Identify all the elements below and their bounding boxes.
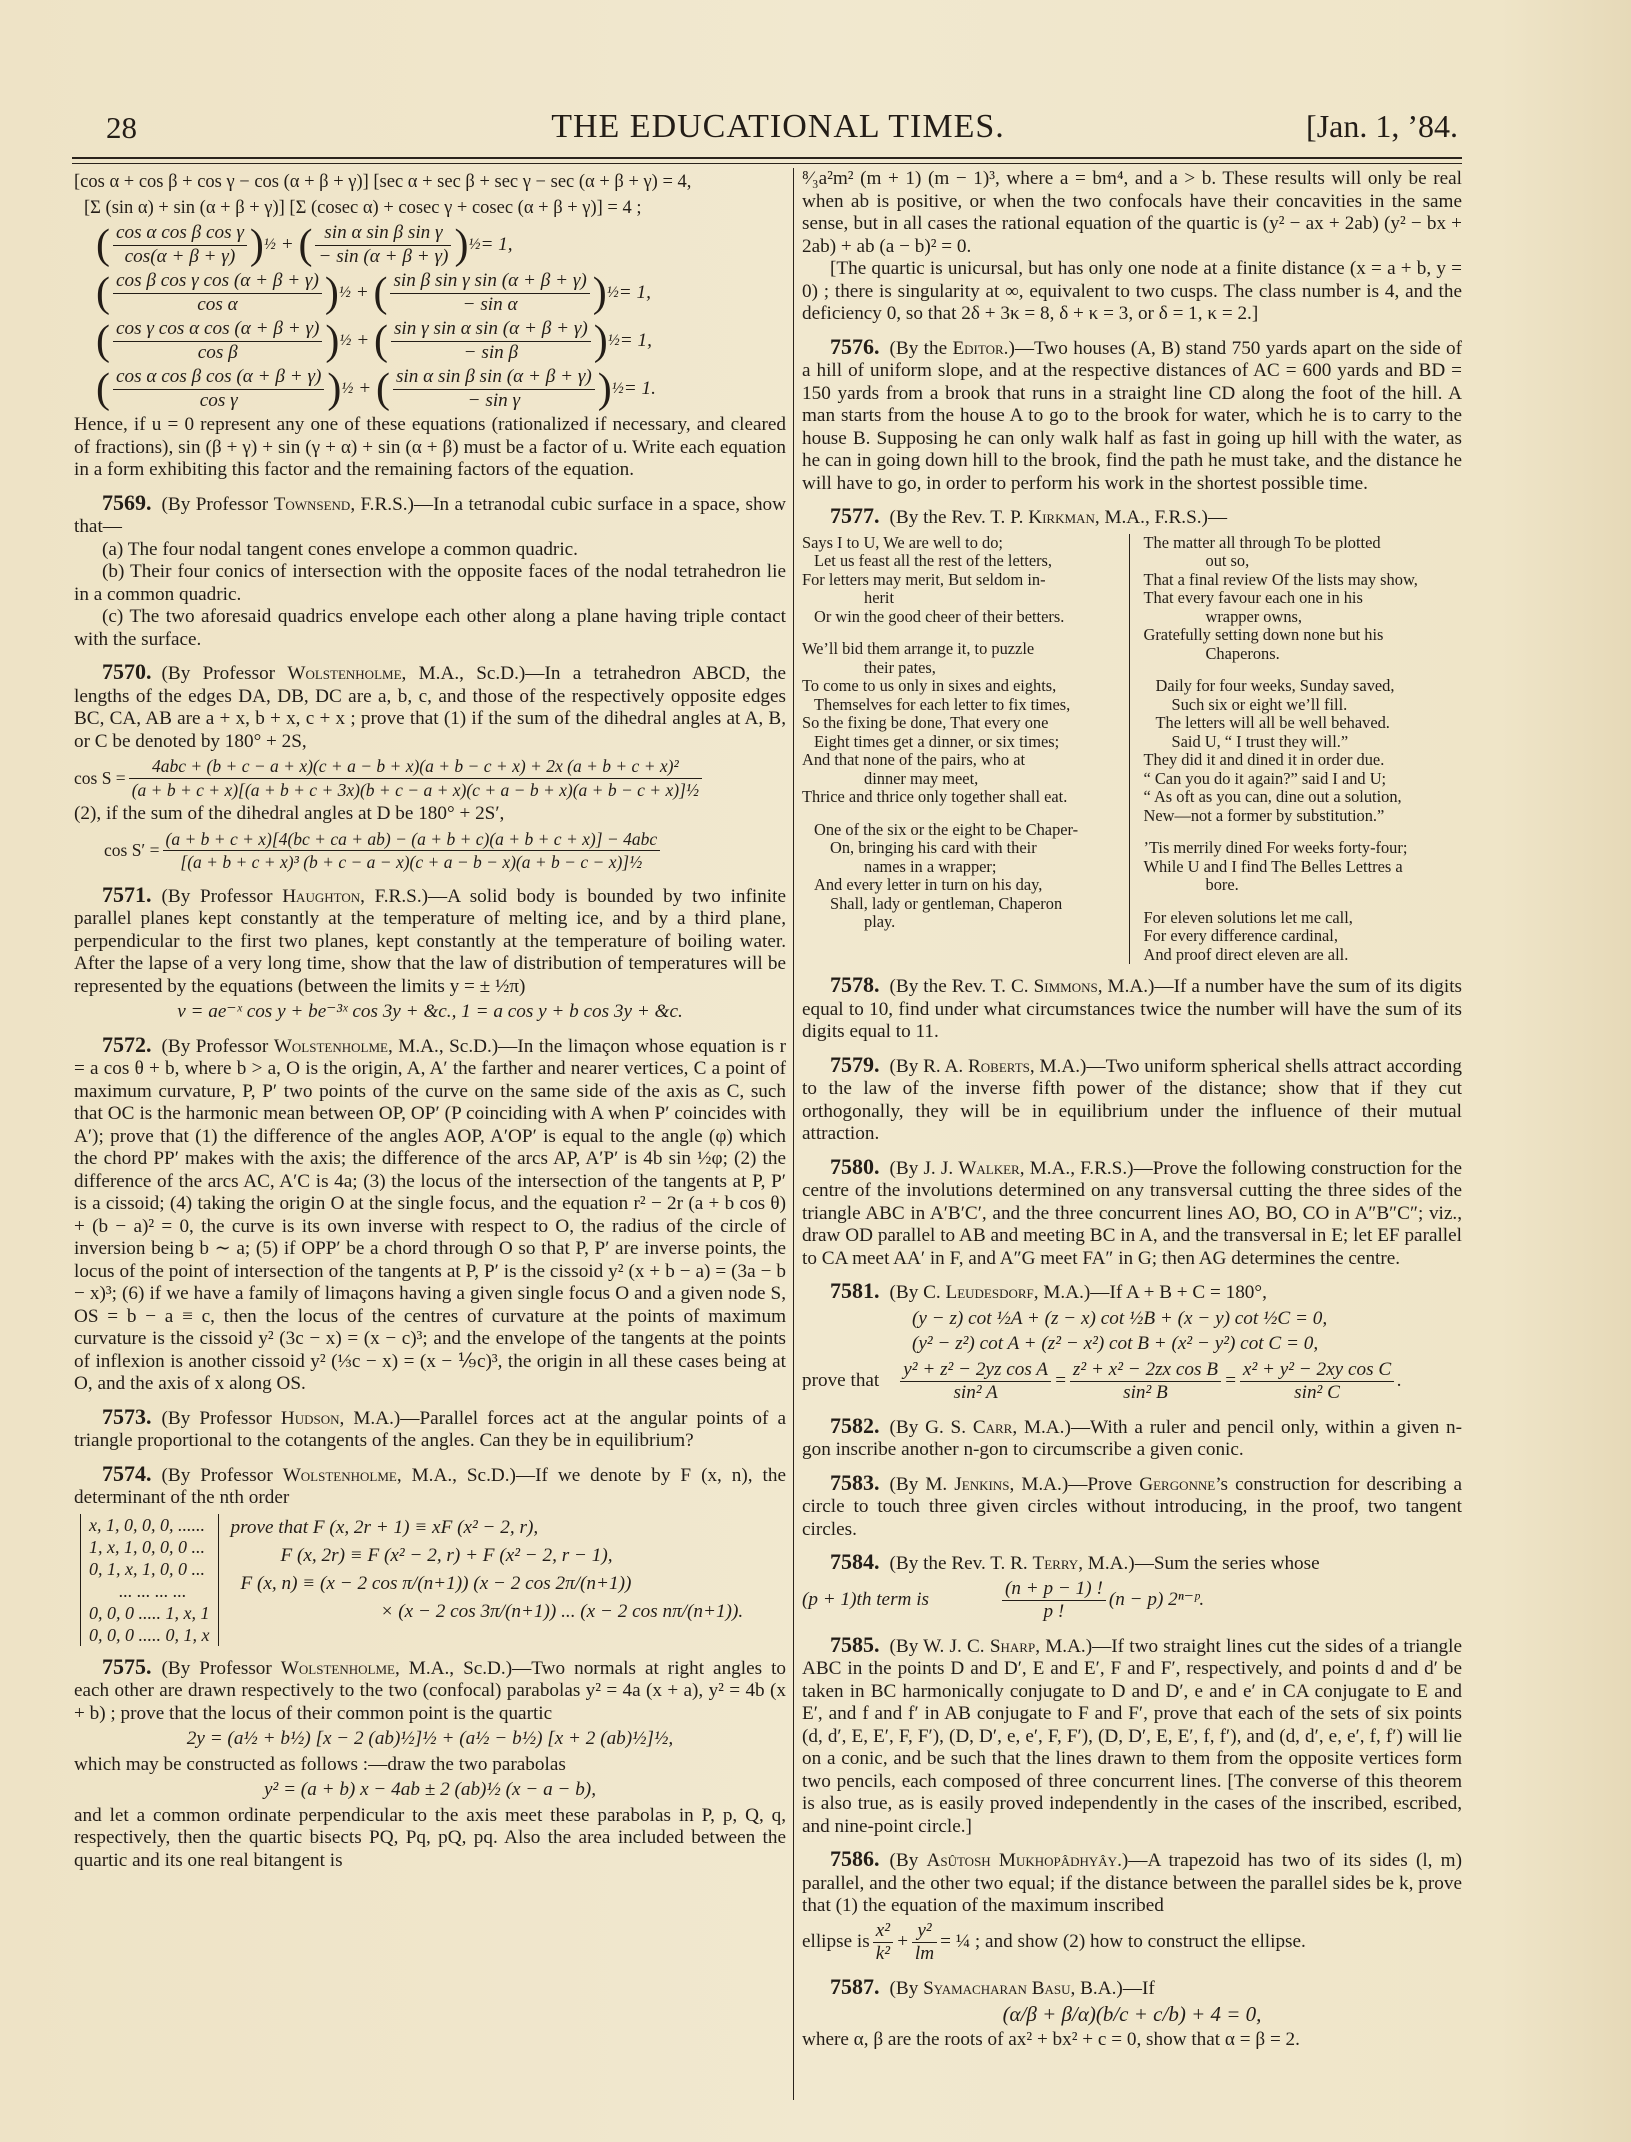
- poem-line: Thrice and thrice only together shall ea…: [802, 788, 1121, 807]
- poem-line: “ As oft as you can, dine out a solution…: [1144, 788, 1463, 807]
- problem-7572: 7572.(By Professor Wolstenholme, M.A., S…: [74, 1034, 786, 1396]
- poem-line: Chaperons.: [1144, 645, 1463, 664]
- poem-line: Let us feast all the rest of the letters…: [802, 552, 1121, 571]
- poem-line: And that none of the pairs, who at: [802, 751, 1121, 770]
- fraction-equation: (cos γ cos α cos (α + β + γ)cos β)½ + (s…: [96, 318, 786, 364]
- poem-line: And every letter in turn on his day,: [802, 876, 1121, 895]
- problem-7582: 7582.(By G. S. Carr, M.A.)—With a ruler …: [802, 1415, 1462, 1462]
- poem-left-column: Says I to U, We are well to do;Let us fe…: [802, 534, 1130, 965]
- header-rule-thin: [72, 163, 1462, 164]
- poem-line: [1144, 663, 1463, 677]
- poem-line: [1144, 825, 1463, 839]
- problem-7583: 7583.(By M. Jenkins, M.A.)—Prove Gergonn…: [802, 1472, 1462, 1542]
- poem-line: “ Can you do it again?” said I and U;: [1144, 770, 1463, 789]
- newspaper-page: 28 THE EDUCATIONAL TIMES. [Jan. 1, ’84. …: [0, 0, 1631, 2142]
- problem-7578: 7578.(By the Rev. T. C. Simmons, M.A.)—I…: [802, 974, 1462, 1044]
- poem-line: Gratefully setting down none but his: [1144, 626, 1463, 645]
- problem-7587: 7587.(By Syamacharan Basu, B.A.)—If (α/β…: [802, 1976, 1462, 2052]
- issue-date: [Jan. 1, ’84.: [1306, 108, 1458, 145]
- paragraph: Hence, if u = 0 represent any one of the…: [74, 414, 786, 482]
- poem-line: out so,: [1144, 552, 1463, 571]
- list-item: (c) The two aforesaid quadrics envelope …: [74, 606, 786, 651]
- poem-line: One of the six or the eight to be Chaper…: [802, 821, 1121, 840]
- poem-line: That a final review Of the lists may sho…: [1144, 571, 1463, 590]
- poem-line: ’Tis merrily dined For weeks forty-four;: [1144, 839, 1463, 858]
- poem-line: Daily for four weeks, Sunday saved,: [1144, 677, 1463, 696]
- equation: (y² − z²) cot A + (z² − x²) cot B + (x² …: [802, 1333, 1462, 1356]
- fraction-equation: (cos β cos γ cos (α + β + γ)cos α)½ + (s…: [96, 270, 786, 316]
- paragraph: [The quartic is unicursal, but has only …: [802, 258, 1462, 326]
- poem-line: Themselves for each letter to fix times,: [802, 696, 1121, 715]
- fraction-equation: (cos α cos β cos (α + β + γ)cos γ)½ + (s…: [96, 366, 786, 412]
- problem-7580: 7580.(By J. J. Walker, M.A., F.R.S.)—Pro…: [802, 1156, 1462, 1271]
- equation: [cos α + cos β + cos γ − cos (α + β + γ)…: [74, 171, 786, 194]
- page-header: 28 THE EDUCATIONAL TIMES. [Jan. 1, ’84.: [98, 108, 1458, 148]
- poem-line: Eight times get a dinner, or six times;: [802, 733, 1121, 752]
- poem-right-column: The matter all through To be plottedout …: [1130, 534, 1463, 965]
- poem-line: And proof direct eleven are all.: [1144, 946, 1463, 965]
- header-rule: [72, 157, 1462, 159]
- fraction-equation: (cos α cos β cos γcos(α + β + γ))½ + (si…: [96, 222, 786, 268]
- problem-7579: 7579.(By R. A. Roberts, M.A.)—Two unifor…: [802, 1054, 1462, 1146]
- poem-line: their pates,: [802, 659, 1121, 678]
- list-item: (a) The four nodal tangent cones envelop…: [74, 539, 786, 562]
- list-item: (b) Their four conics of intersection wi…: [74, 561, 786, 606]
- problem-7577: 7577.(By the Rev. T. P. Kirkman, M.A., F…: [802, 505, 1462, 964]
- poem-line: [802, 626, 1121, 640]
- poem-line: wrapper owns,: [1144, 608, 1463, 627]
- equation: cos S′ = (a + b + c + x)[4(bc + ca + ab)…: [104, 828, 786, 874]
- poem-line: play.: [802, 913, 1121, 932]
- problem-7575: 7575.(By Professor Wolstenholme, M.A., S…: [74, 1656, 786, 1873]
- column-divider: [793, 168, 794, 2100]
- determinant: x, 1, 0, 0, 0, ...... 1, x, 1, 0, 0, 0 .…: [80, 1514, 786, 1646]
- equation: prove that y² + z² − 2yz cos Asin² A = z…: [802, 1359, 1462, 1405]
- poem-line: bore.: [1144, 876, 1463, 895]
- problem-7586: 7586.(By Asûtosh Mukhopâdhyây.)—A trapez…: [802, 1848, 1462, 1966]
- poem-line: herit: [802, 589, 1121, 608]
- poem-line: The letters will all be well behaved.: [1144, 714, 1463, 733]
- equation: (y − z) cot ½A + (z − x) cot ½B + (x − y…: [802, 1308, 1462, 1331]
- poem-line: Or win the good cheer of their betters.: [802, 608, 1121, 627]
- right-column: ⁸⁄₃a²m² (m + 1) (m − 1)³, where a = bm⁴,…: [802, 168, 1462, 2051]
- poem-line: The matter all through To be plotted: [1144, 534, 1463, 553]
- equation: v = ae⁻ˣ cos y + be⁻³ˣ cos 3y + &c., 1 =…: [74, 1001, 786, 1024]
- poem-line: For every difference cardinal,: [1144, 927, 1463, 946]
- poem-line: For eleven solutions let me call,: [1144, 909, 1463, 928]
- problem-7570: 7570.(By Professor Wolstenholme, M.A., S…: [74, 661, 786, 874]
- poem: Says I to U, We are well to do;Let us fe…: [802, 534, 1462, 965]
- poem-line: They did it and dined it in order due.: [1144, 751, 1463, 770]
- poem-line: For letters may merit, But seldom in-: [802, 571, 1121, 590]
- poem-line: [1144, 895, 1463, 909]
- poem-line: To come to us only in sixes and eights,: [802, 677, 1121, 696]
- problem-7569: 7569.(By Professor Townsend, F.R.S.)—In …: [74, 492, 786, 652]
- problem-7584: 7584.(By the Rev. T. R. Terry, M.A.)—Sum…: [802, 1551, 1462, 1624]
- poem-line: So the fixing be done, That every one: [802, 714, 1121, 733]
- poem-line: We’ll bid them arrange it, to puzzle: [802, 640, 1121, 659]
- problem-7573: 7573.(By Professor Hudson, M.A.)—Paralle…: [74, 1406, 786, 1453]
- problem-7585: 7585.(By W. J. C. Sharp, M.A.)—If two st…: [802, 1634, 1462, 1839]
- problem-7574: 7574.(By Professor Wolstenholme, M.A., S…: [74, 1463, 786, 1646]
- poem-line: dinner may meet,: [802, 770, 1121, 789]
- problem-7581: 7581.(By C. Leudesdorf, M.A.)—If A + B +…: [802, 1280, 1462, 1405]
- equation: (p + 1)th term is (n + p − 1) !p ! (n − …: [802, 1578, 1462, 1624]
- poem-line: Shall, lady or gentleman, Chaperon: [802, 895, 1121, 914]
- equation: ellipse is x²k²+ y²lm = ¼ ; and show (2)…: [802, 1920, 1462, 1966]
- equation: 2y = (a½ + b½) [x − 2 (ab)½]½ + (a½ − b½…: [74, 1728, 786, 1751]
- poem-line: On, bringing his card with their: [802, 839, 1121, 858]
- left-column: [cos α + cos β + cos γ − cos (α + β + γ)…: [74, 168, 786, 1872]
- poem-line: [802, 807, 1121, 821]
- problem-7571: 7571.(By Professor Haughton, F.R.S.)—A s…: [74, 884, 786, 1024]
- poem-line: New—not a former by substitution.”: [1144, 807, 1463, 826]
- problem-7576: 7576.(By the Editor.)—Two houses (A, B) …: [802, 336, 1462, 496]
- equation: (α/β + β/α)(b/c + c/b) + 4 = 0,: [802, 2003, 1462, 2026]
- determinant-results: prove that F (x, 2r + 1) ≡ xF (x² − 2, r…: [219, 1514, 744, 1646]
- poem-line: Such six or eight we’ll fill.: [1144, 696, 1463, 715]
- paragraph: ⁸⁄₃a²m² (m + 1) (m − 1)³, where a = bm⁴,…: [802, 168, 1462, 258]
- poem-line: Said U, “ I trust they will.”: [1144, 733, 1463, 752]
- poem-line: While U and I find The Belles Lettres a: [1144, 858, 1463, 877]
- determinant-matrix: x, 1, 0, 0, 0, ...... 1, x, 1, 0, 0, 0 .…: [80, 1514, 219, 1646]
- poem-line: Says I to U, We are well to do;: [802, 534, 1121, 553]
- equation: y² = (a + b) x − 4ab ± 2 (ab)½ (x − a − …: [74, 1779, 786, 1802]
- poem-line: names in a wrapper;: [802, 858, 1121, 877]
- equation: [Σ (sin α) + sin (α + β + γ)] [Σ (cosec …: [74, 197, 786, 220]
- poem-line: That every favour each one in his: [1144, 589, 1463, 608]
- equation: cos S = 4abc + (b + c − a + x)(c + a − b…: [74, 755, 786, 801]
- publication-title: THE EDUCATIONAL TIMES.: [98, 108, 1458, 146]
